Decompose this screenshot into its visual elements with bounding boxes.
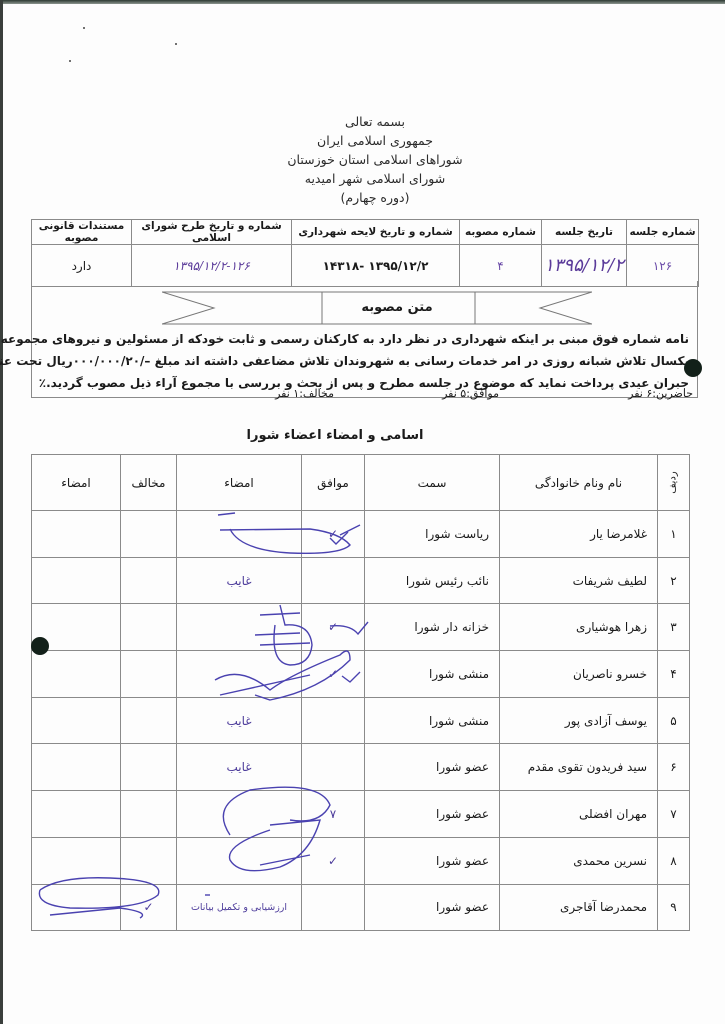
member-name: محمدرضا آقاجری: [500, 884, 658, 931]
agree-check: [302, 557, 365, 604]
punch-hole: [684, 359, 702, 377]
oppose-check: [121, 791, 177, 838]
member-index: ۸: [658, 837, 690, 884]
member-index: ۷: [658, 791, 690, 838]
agree-check: ✓: [302, 837, 365, 884]
member-row: ۱ غلامرضا یار ریاست شورا ✓: [32, 511, 690, 558]
signature-cell: [177, 604, 302, 651]
member-row: ۶ سید فریدون تقوی مقدم عضو شورا غایب: [32, 744, 690, 791]
member-name: نسرین محمدی: [500, 837, 658, 884]
agree-check: ✓: [302, 511, 365, 558]
member-name: لطیف شریفات: [500, 557, 658, 604]
scan-edge-left: [0, 0, 3, 1024]
member-row: ۴ خسرو ناصریان منشی شورا ✓: [32, 651, 690, 698]
signature-cell-2: [32, 884, 121, 931]
oppose-check: [121, 744, 177, 791]
col-resolution-number: شماره مصوبه: [460, 220, 542, 245]
member-role: نائب رئیس شورا: [365, 557, 500, 604]
member-role: عضو شورا: [365, 837, 500, 884]
oppose-check: [121, 604, 177, 651]
member-role: عضو شورا: [365, 791, 500, 838]
agree-check: ۷: [302, 791, 365, 838]
col-session-number: شماره جلسه: [627, 220, 699, 245]
oppose-check: [121, 557, 177, 604]
agree-check: ✓: [302, 651, 365, 698]
member-index: ۹: [658, 884, 690, 931]
agree-count: موافق:۵ نفر: [442, 387, 499, 400]
member-role: عضو شورا: [365, 884, 500, 931]
col-signature-2: امضاء: [32, 455, 121, 511]
member-role: منشی شورا: [365, 651, 500, 698]
header-row: شماره جلسه تاریخ جلسه شماره مصوبه شماره …: [32, 220, 699, 245]
letterhead-city-council: شورای اسلامی شهر امیدیه: [250, 169, 500, 188]
present-count: حاضرین:۶ نفر: [628, 387, 693, 400]
agree-check: [302, 697, 365, 744]
member-index: ۲: [658, 557, 690, 604]
col-index: ردیف: [658, 455, 690, 511]
member-row: ۳ زهرا هوشیاری خزانه دار شورا ✓: [32, 604, 690, 651]
signature-cell: [177, 791, 302, 838]
resolution-header-table: شماره جلسه تاریخ جلسه شماره مصوبه شماره …: [31, 219, 699, 287]
signature-cell-2: [32, 697, 121, 744]
members-section-title: اسامی و امضاء اعضاء شورا: [220, 428, 450, 443]
members-header-row: ردیف نام ونام خانوادگی سمت موافق امضاء م…: [32, 455, 690, 511]
scan-edge-top: [0, 0, 725, 4]
col-oppose: مخالف: [121, 455, 177, 511]
col-signature: امضاء: [177, 455, 302, 511]
member-role: عضو شورا: [365, 744, 500, 791]
member-index: ۱: [658, 511, 690, 558]
member-role: خزانه دار شورا: [365, 604, 500, 651]
oppose-check: [121, 651, 177, 698]
member-role: ریاست شورا: [365, 511, 500, 558]
agree-check: ✓: [302, 604, 365, 651]
letterhead-term: (دوره چهارم): [250, 188, 500, 207]
agree-check: [302, 744, 365, 791]
letterhead-invocation: بسمه تعالی: [250, 112, 500, 131]
resolution-title: متن مصوبه: [322, 290, 472, 326]
resolution-title-banner: متن مصوبه: [162, 290, 592, 326]
col-role: سمت: [365, 455, 500, 511]
signature-cell: [177, 511, 302, 558]
resolution-text-box: متن مصوبه نامه شماره فوق مبنی بر اینکه ش…: [31, 281, 698, 398]
member-name: یوسف آزادی پور: [500, 697, 658, 744]
absent-note: غایب: [177, 697, 302, 744]
resolution-line-1: نامه شماره فوق مبنی بر اینکه شهرداری در …: [0, 328, 689, 350]
signature-cell: [177, 837, 302, 884]
oppose-check: [121, 511, 177, 558]
absent-note: غایب: [177, 744, 302, 791]
member-row: ۵ یوسف آزادی پور منشی شورا غایب: [32, 697, 690, 744]
signature-cell-2: [32, 837, 121, 884]
resolution-line-2: یکسال تلاش شبانه روزی در امر خدمات رسانی…: [0, 350, 689, 372]
agree-check: [302, 884, 365, 931]
signature-cell-2: [32, 651, 121, 698]
member-name: غلامرضا یار: [500, 511, 658, 558]
member-row: ۲ لطیف شریفات نائب رئیس شورا غایب: [32, 557, 690, 604]
signature-cell-2: [32, 791, 121, 838]
member-role: منشی شورا: [365, 697, 500, 744]
handwritten-note: ارزشیابی و تکمیل بیانات: [177, 884, 302, 931]
col-municipal-bill: شماره و تاریخ لایحه شهرداری: [292, 220, 460, 245]
member-row: ۷ مهران افضلی عضو شورا ۷: [32, 791, 690, 838]
col-session-date: تاریخ جلسه: [542, 220, 627, 245]
punch-hole: [31, 637, 49, 655]
oppose-check: [121, 837, 177, 884]
letterhead-country: جمهوری اسلامی ایران: [250, 131, 500, 150]
letterhead: بسمه تعالی جمهوری اسلامی ایران شوراهای ا…: [250, 112, 500, 207]
member-name: مهران افضلی: [500, 791, 658, 838]
member-index: ۶: [658, 744, 690, 791]
member-name: خسرو ناصریان: [500, 651, 658, 698]
oppose-check: [121, 697, 177, 744]
member-row: ۹ محمدرضا آقاجری عضو شورا ارزشیابی و تکم…: [32, 884, 690, 931]
member-index: ۳: [658, 604, 690, 651]
signature-cell: [177, 651, 302, 698]
signature-cell-2: [32, 744, 121, 791]
oppose-check: ✓: [121, 884, 177, 931]
col-legal-basis: مستندات قانونی مصوبه: [32, 220, 132, 245]
absent-note: غایب: [177, 557, 302, 604]
signature-cell-2: [32, 557, 121, 604]
oppose-count: مخالف:۱ نفر: [275, 387, 334, 400]
col-name: نام ونام خانوادگی: [500, 455, 658, 511]
member-name: زهرا هوشیاری: [500, 604, 658, 651]
member-index: ۴: [658, 651, 690, 698]
col-council-plan: شماره و تاریخ طرح شورای اسلامی: [132, 220, 292, 245]
member-index: ۵: [658, 697, 690, 744]
resolution-body: نامه شماره فوق مبنی بر اینکه شهرداری در …: [0, 328, 689, 394]
member-row: ۸ نسرین محمدی عضو شورا ✓: [32, 837, 690, 884]
members-table: ردیف نام ونام خانوادگی سمت موافق امضاء م…: [31, 454, 690, 931]
signature-cell-2: [32, 511, 121, 558]
letterhead-province-councils: شوراهای اسلامی استان خوزستان: [250, 150, 500, 169]
col-agree: موافق: [302, 455, 365, 511]
vote-summary: حاضرین:۶ نفر موافق:۵ نفر مخالف:۱ نفر: [32, 387, 699, 401]
member-name: سید فریدون تقوی مقدم: [500, 744, 658, 791]
